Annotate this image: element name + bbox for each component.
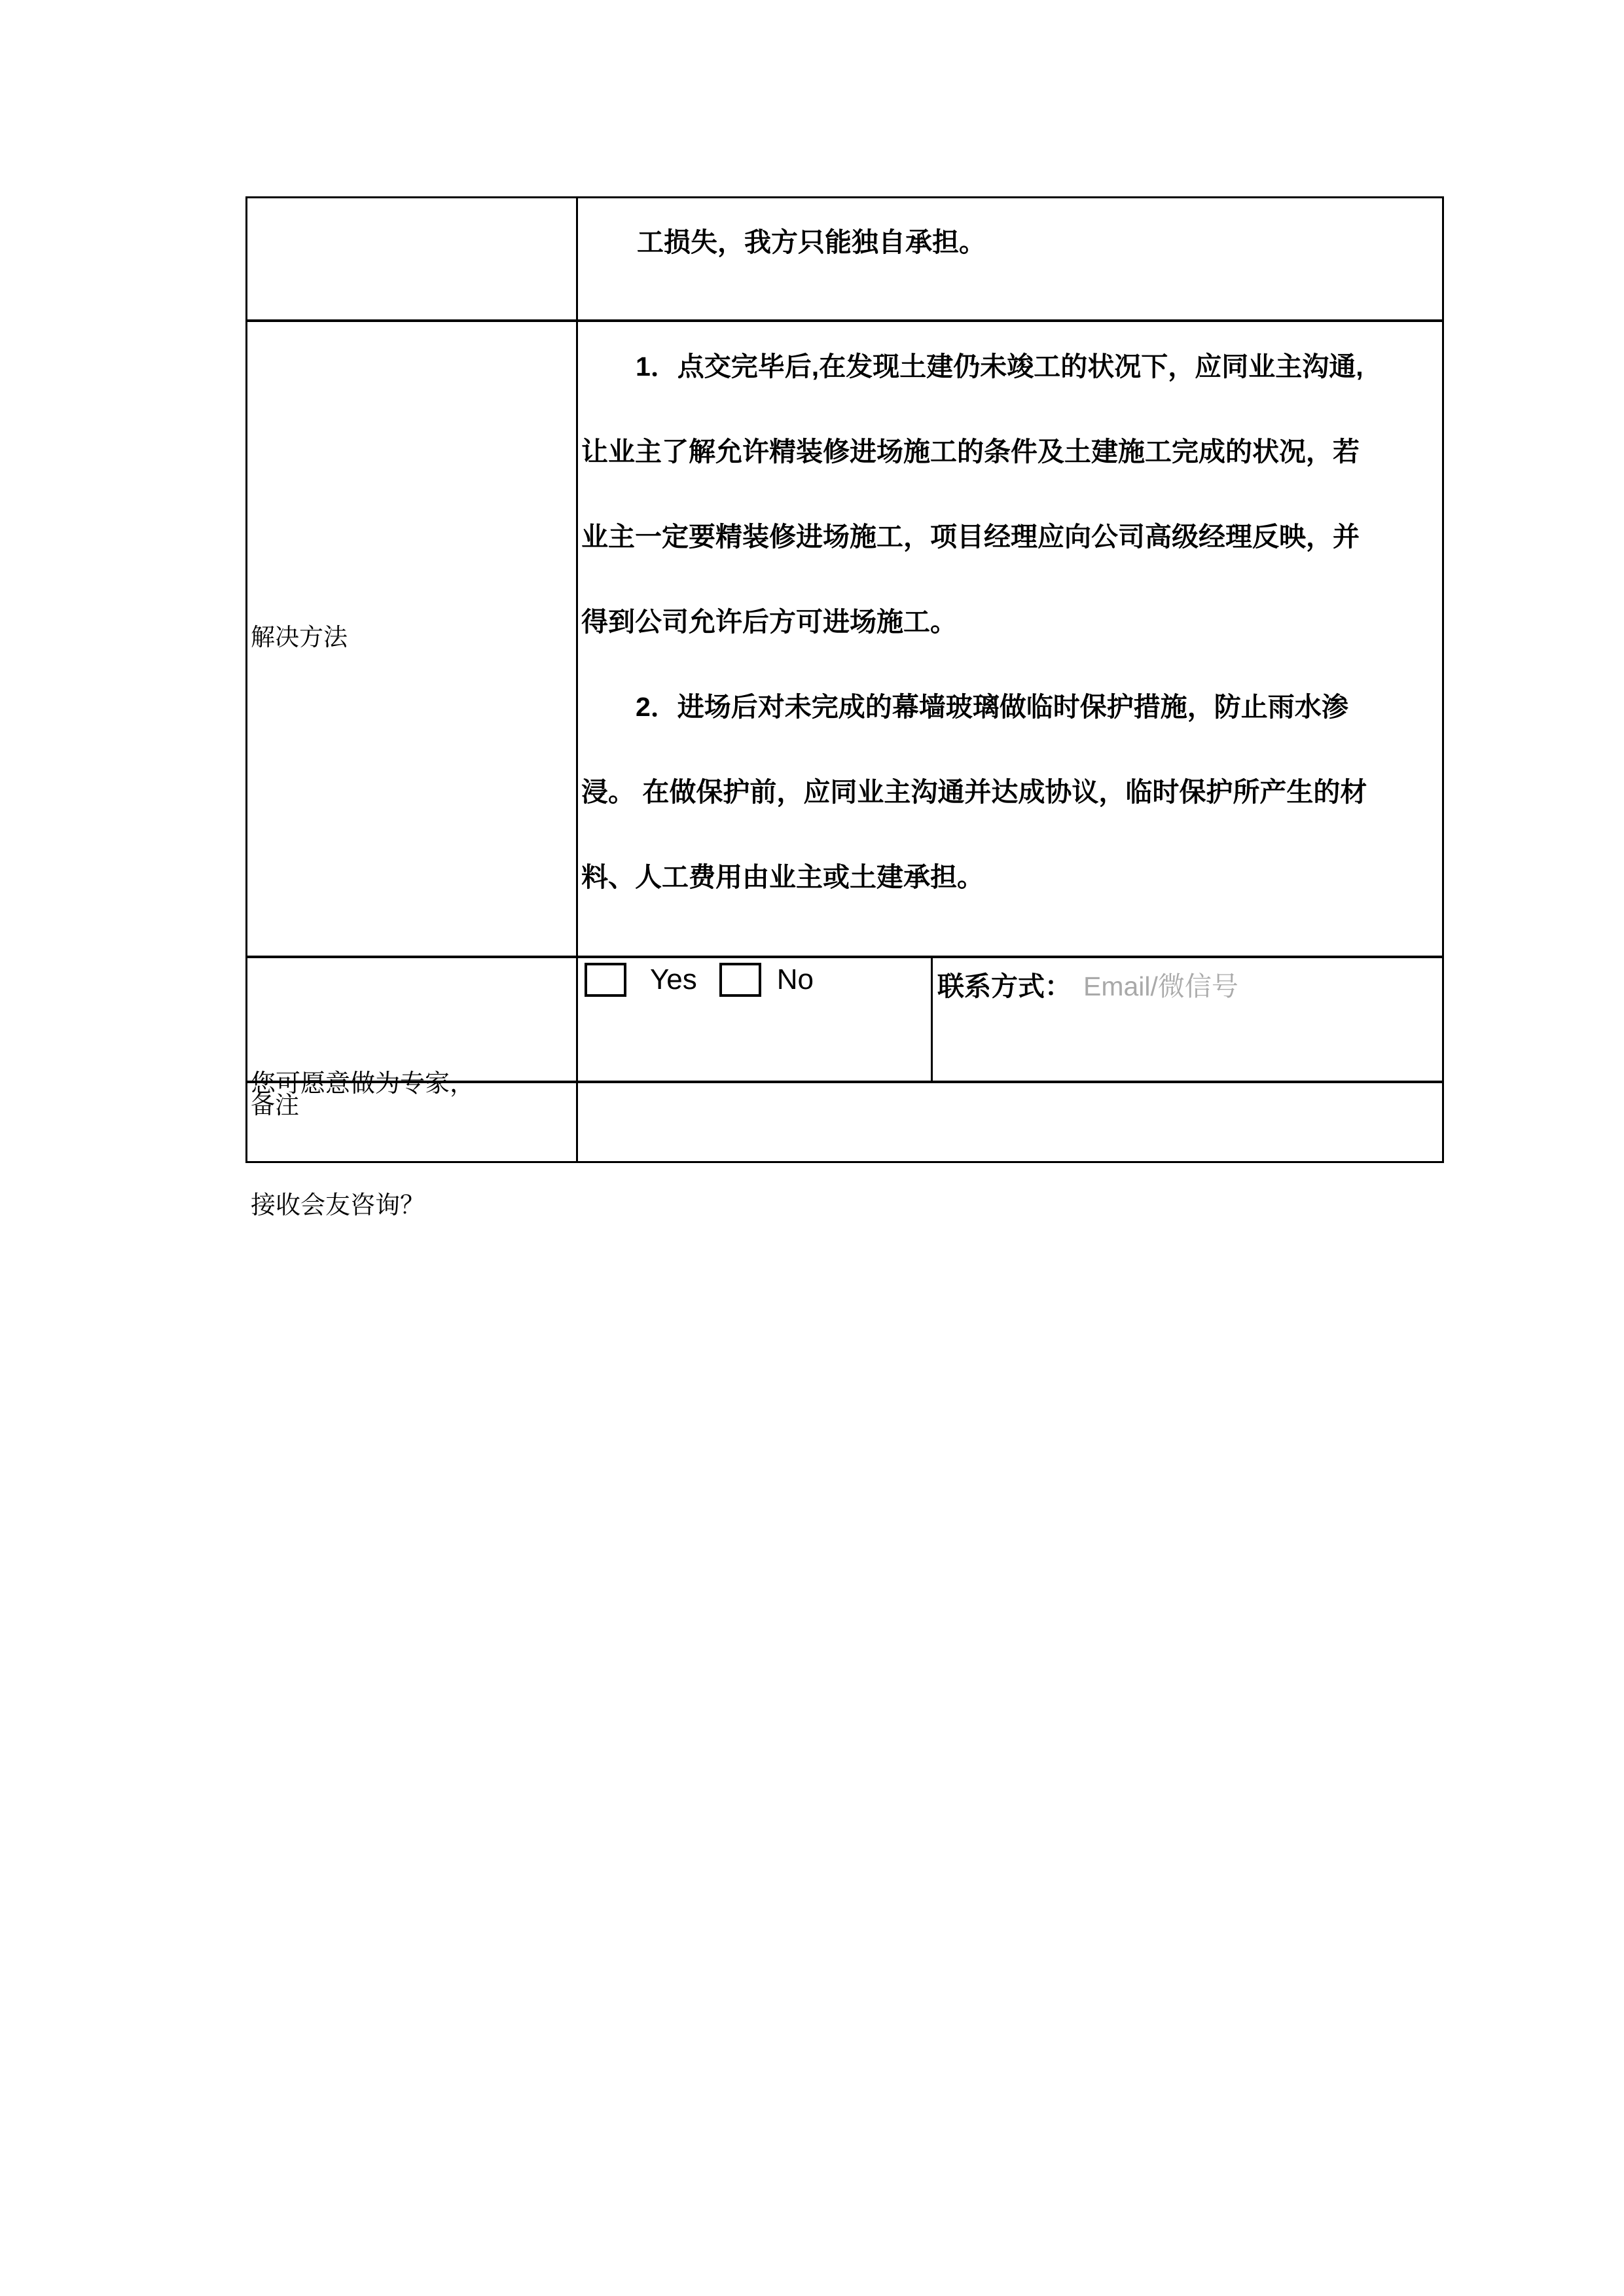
remarks-label: 备注 [251,1086,299,1126]
column-divider [576,198,578,1161]
solution-line: 料、人工费用由业主或土建承担。 [581,834,1446,920]
form-table: 工损失，我方只能独自承担。 解决方法 1．点交完毕后,在发现土建仍未竣工的状况下… [245,196,1444,1163]
solution-line: 2．进场后对未完成的幕墙玻璃做临时保护措施，防止雨水渗 [581,664,1446,749]
document-page: { "table": { "carryover_row": { "text": … [0,0,1624,2296]
contact-field: 联系方式： Email/微信号 [937,964,1238,1003]
remarks-input[interactable] [578,1083,1442,1158]
carryover-paragraph: 工损失，我方只能独自承担。 [637,200,986,285]
solution-method-text: 1．点交完毕后,在发现土建仍未竣工的状况下，应同业主沟通, 让业主了解允许精装修… [581,324,1446,920]
yes-checkbox[interactable] [585,963,626,997]
no-checkbox-label: No [777,962,814,997]
solution-method-label: 解决方法 [251,618,348,658]
no-checkbox[interactable] [719,963,761,997]
expert-question-line2: 接收会友咨询？ [251,1185,475,1226]
solution-line: 1．点交完毕后,在发现土建仍未竣工的状况下，应同业主沟通, [581,324,1446,409]
contact-column-divider [931,956,933,1083]
row-divider-2 [247,956,1442,958]
contact-input[interactable]: Email/微信号 [1083,965,1238,1003]
row-divider-1 [247,319,1442,322]
solution-line: 让业主了解允许精装修进场施工的条件及土建施工完成的状况，若 [581,409,1446,494]
solution-line: 得到公司允许后方可进场施工。 [581,579,1446,664]
solution-line: 浸。 在做保护前，应同业主沟通并达成协议，临时保护所产生的材 [581,749,1446,834]
contact-method-label: 联系方式： [937,965,1072,1003]
yes-no-choice-group: Yes No [585,962,814,997]
expert-question-label: 您可愿意做为专家， 接收会友咨询？ [251,982,475,1307]
solution-line: 业主一定要精装修进场施工，项目经理应向公司高级经理反映，并 [581,494,1446,579]
yes-checkbox-label: Yes [650,962,697,997]
